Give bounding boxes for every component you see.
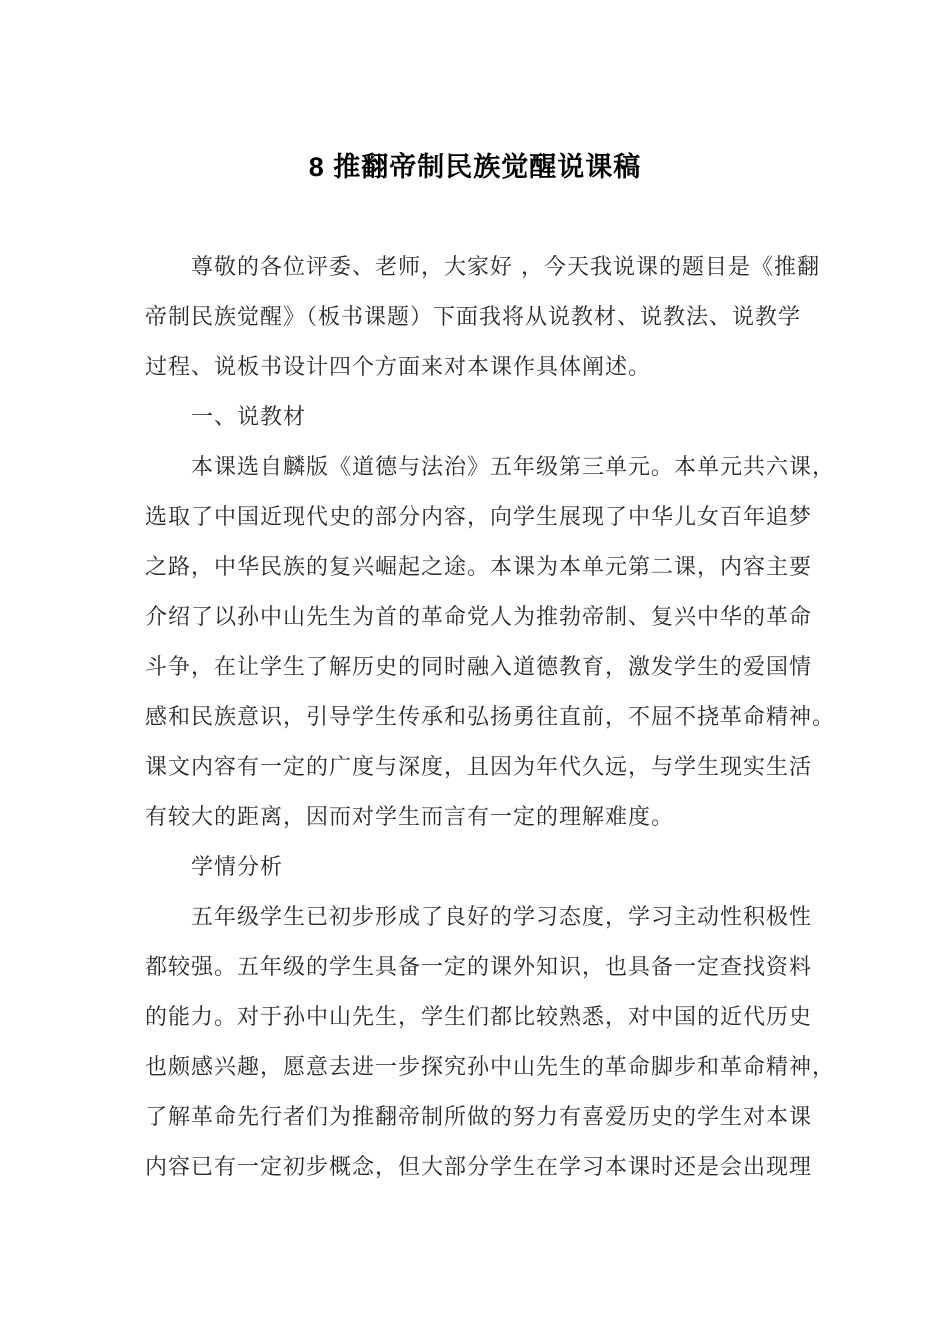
text-line: 有较大的距离，因而对学生而言有一定的理解难度。 bbox=[145, 793, 817, 843]
document-page: 8 推翻帝制民族觉醒说课稿 尊敬的各位评委、老师，大家好 ，今天我说课的题目是《… bbox=[0, 0, 950, 1344]
document-body: 尊敬的各位评委、老师，大家好 ，今天我说课的题目是《推翻帝制民族觉醒》（板书课题… bbox=[145, 243, 817, 1193]
text-line: 本课选自麟版《道德与法治》五年级第三单元。本单元共六课， bbox=[145, 443, 817, 493]
text-line: 过程、说板书设计四个方面来对本课作具体阐述。 bbox=[145, 343, 817, 393]
text-line: 的能力。对于孙中山先生，学生们都比较熟悉，对中国的近代历史 bbox=[145, 993, 817, 1043]
text-line: 学情分析 bbox=[145, 843, 817, 893]
text-line: 五年级学生已初步形成了良好的学习态度，学习主动性积极性 bbox=[145, 893, 817, 943]
text-line: 了解革命先行者们为推翻帝制所做的努力有喜爱历史的学生对本课 bbox=[145, 1093, 817, 1143]
text-line: 也颇感兴趣，愿意去进一步探究孙中山先生的革命脚步和革命精神， bbox=[145, 1043, 817, 1093]
text-line: 选取了中国近现代史的部分内容，向学生展现了中华儿女百年追梦 bbox=[145, 493, 817, 543]
text-line: 都较强。五年级的学生具备一定的课外知识，也具备一定查找资料 bbox=[145, 943, 817, 993]
text-line: 尊敬的各位评委、老师，大家好 ，今天我说课的题目是《推翻 bbox=[145, 243, 817, 293]
text-line: 一、说教材 bbox=[145, 393, 817, 443]
text-line: 之路，中华民族的复兴崛起之途。本课为本单元第二课，内容主要 bbox=[145, 543, 817, 593]
text-line: 课文内容有一定的广度与深度，且因为年代久远，与学生现实生活 bbox=[145, 743, 817, 793]
text-line: 介绍了以孙中山先生为首的革命党人为推勃帝制、复兴中华的革命 bbox=[145, 593, 817, 643]
text-line: 内容已有一定初步概念，但大部分学生在学习本课时还是会出现理 bbox=[145, 1143, 817, 1193]
text-line: 斗争，在让学生了解历史的同时融入道德教育，激发学生的爱国情 bbox=[145, 643, 817, 693]
text-line: 感和民族意识，引导学生传承和弘扬勇往直前，不屈不挠革命精神。 bbox=[145, 693, 817, 743]
document-title: 8 推翻帝制民族觉醒说课稿 bbox=[0, 0, 950, 186]
text-line: 帝制民族觉醒》（板书课题）下面我将从说教材、说教法、说教学 bbox=[145, 293, 817, 343]
